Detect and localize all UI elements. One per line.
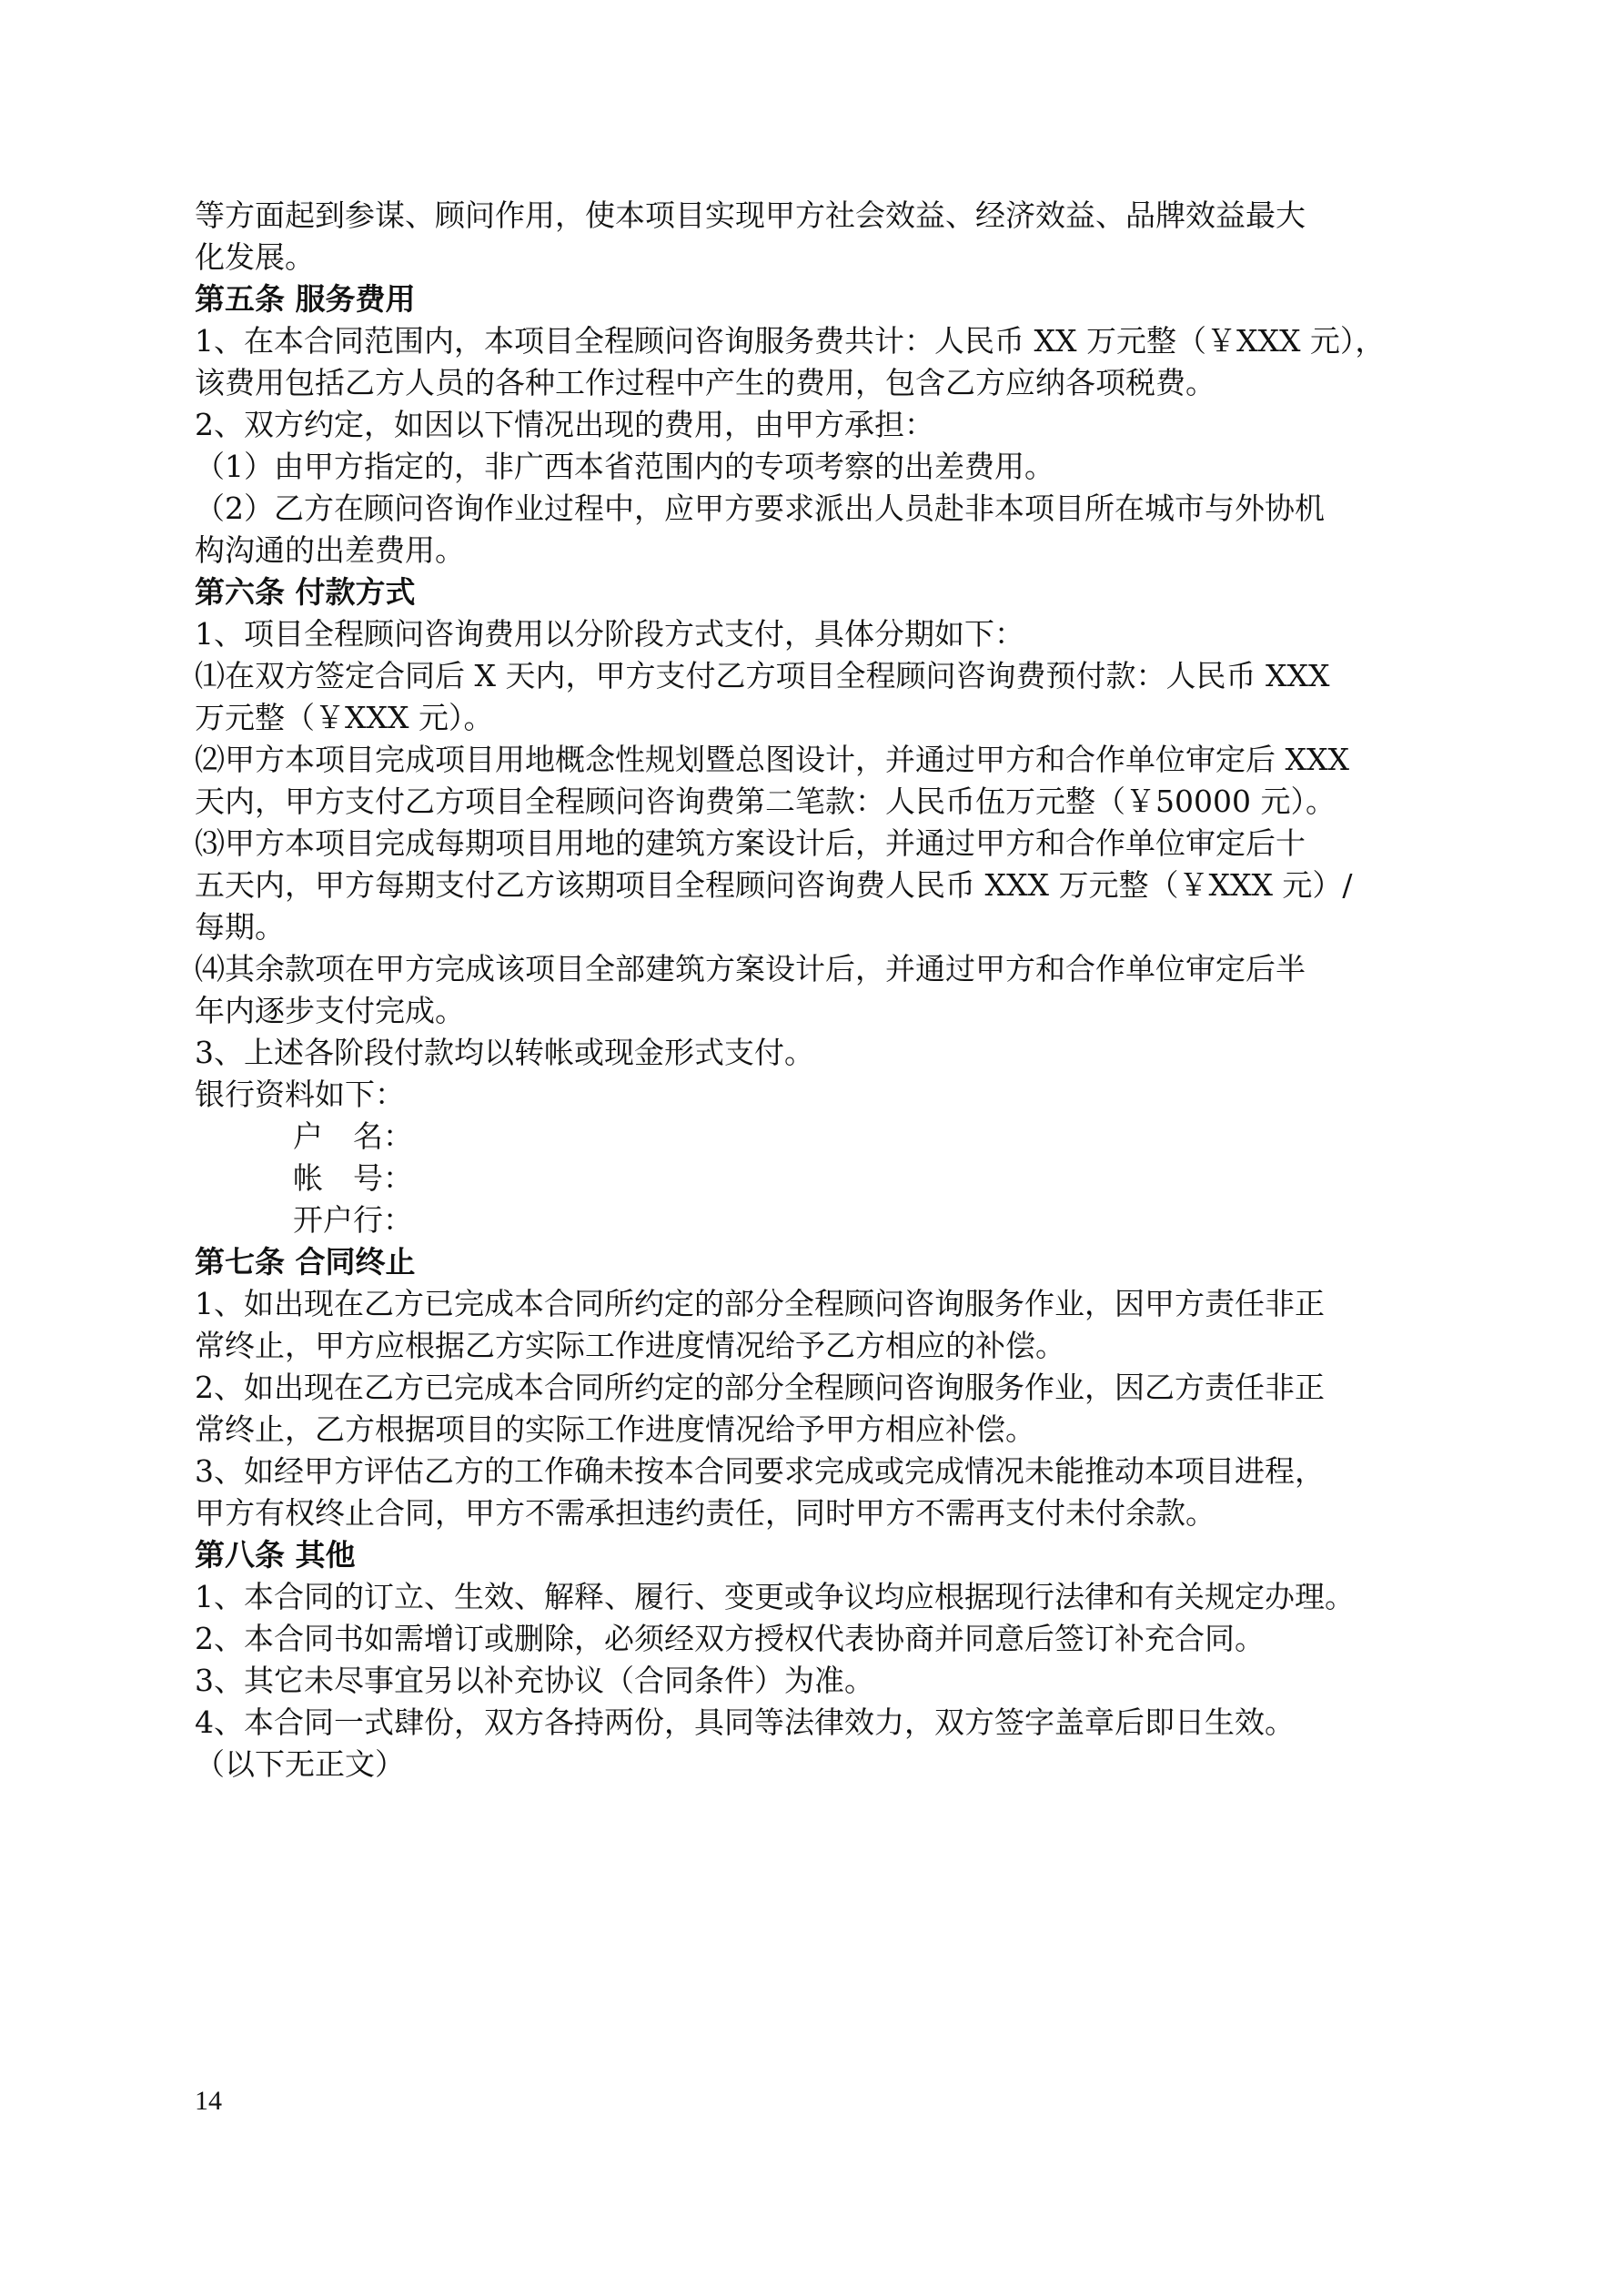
paragraph-line: 该费用包括乙方人员的各种工作过程中产生的费用，包含乙方应纳各项税费。 — [195, 362, 1432, 404]
paragraph-line: 五天内，甲方每期支付乙方该期项目全程顾问咨询费人民币 XXX 万元整（￥XXX … — [195, 865, 1432, 906]
paragraph-line: 2、本合同书如需增订或删除，必须经双方授权代表协商并同意后签订补充合同。 — [195, 1618, 1432, 1660]
paragraph-line: 2、如出现在乙方已完成本合同所约定的部分全程顾问咨询服务作业，因乙方责任非正 — [195, 1367, 1432, 1409]
paragraph-line: 常终止，甲方应根据乙方实际工作进度情况给予乙方相应的补偿。 — [195, 1325, 1432, 1367]
paragraph-line: 1、如出现在乙方已完成本合同所约定的部分全程顾问咨询服务作业，因甲方责任非正 — [195, 1283, 1432, 1325]
paragraph-line: ⑴在双方签定合同后 X 天内，甲方支付乙方项目全程顾问咨询费预付款：人民币 XX… — [195, 655, 1432, 697]
bank-branch-label: 开户行： — [195, 1199, 1432, 1241]
paragraph-line: ⑵甲方本项目完成项目用地概念性规划暨总图设计，并通过甲方和合作单位审定后 XXX — [195, 739, 1432, 781]
paragraph-line: 化发展。 — [195, 237, 1432, 278]
paragraph-line: 1、本合同的订立、生效、解释、履行、变更或争议均应根据现行法律和有关规定办理。 — [195, 1576, 1432, 1618]
paragraph-line: 3、上述各阶段付款均以转帐或现金形式支付。 — [195, 1032, 1432, 1074]
paragraph-line: ⑶甲方本项目完成每期项目用地的建筑方案设计后，并通过甲方和合作单位审定后十 — [195, 823, 1432, 865]
paragraph-line: 甲方有权终止合同，甲方不需承担违约责任，同时甲方不需再支付未付余款。 — [195, 1492, 1432, 1534]
paragraph-line: 每期。 — [195, 906, 1432, 948]
paragraph-line: 1、项目全程顾问咨询费用以分阶段方式支付，具体分期如下： — [195, 613, 1432, 655]
bank-account-name-label: 户 名： — [195, 1116, 1432, 1158]
document-body: 等方面起到参谋、顾问作用，使本项目实现甲方社会效益、经济效益、品牌效益最大 化发… — [195, 195, 1432, 1785]
section-heading-article-6: 第六条 付款方式 — [195, 571, 1432, 613]
paragraph-line: 3、如经甲方评估乙方的工作确未按本合同要求完成或完成情况未能推动本项目进程， — [195, 1451, 1432, 1492]
paragraph-line: 天内，甲方支付乙方项目全程顾问咨询费第二笔款：人民币伍万元整（￥50000 元）… — [195, 781, 1432, 823]
paragraph-line: 万元整（￥XXX 元）。 — [195, 697, 1432, 739]
section-heading-article-7: 第七条 合同终止 — [195, 1241, 1432, 1283]
paragraph-line: 等方面起到参谋、顾问作用，使本项目实现甲方社会效益、经济效益、品牌效益最大 — [195, 195, 1432, 237]
paragraph-line: ⑷其余款项在甲方完成该项目全部建筑方案设计后，并通过甲方和合作单位审定后半 — [195, 948, 1432, 990]
paragraph-line: 1、在本合同范围内，本项目全程顾问咨询服务费共计：人民币 XX 万元整（￥XXX… — [195, 320, 1432, 362]
paragraph-line: 2、双方约定，如因以下情况出现的费用，由甲方承担： — [195, 404, 1432, 446]
paragraph-line: 构沟通的出差费用。 — [195, 530, 1432, 571]
paragraph-line: 常终止，乙方根据项目的实际工作进度情况给予甲方相应补偿。 — [195, 1409, 1432, 1451]
paragraph-line: （1）由甲方指定的，非广西本省范围内的专项考察的出差费用。 — [195, 446, 1432, 488]
bank-account-number-label: 帐 号： — [195, 1158, 1432, 1199]
paragraph-line: 3、其它未尽事宜另以补充协议（合同条件）为准。 — [195, 1660, 1432, 1702]
paragraph-line: 4、本合同一式肆份，双方各持两份，具同等法律效力，双方签字盖章后即日生效。 — [195, 1702, 1432, 1744]
page-number: 14 — [195, 2086, 222, 2117]
section-heading-article-5: 第五条 服务费用 — [195, 278, 1432, 320]
paragraph-line: （2）乙方在顾问咨询作业过程中，应甲方要求派出人员赴非本项目所在城市与外协机 — [195, 488, 1432, 530]
paragraph-line: 年内逐步支付完成。 — [195, 990, 1432, 1032]
end-of-text-note: （以下无正文） — [195, 1744, 1432, 1785]
bank-info-label: 银行资料如下： — [195, 1074, 1432, 1116]
section-heading-article-8: 第八条 其他 — [195, 1534, 1432, 1576]
